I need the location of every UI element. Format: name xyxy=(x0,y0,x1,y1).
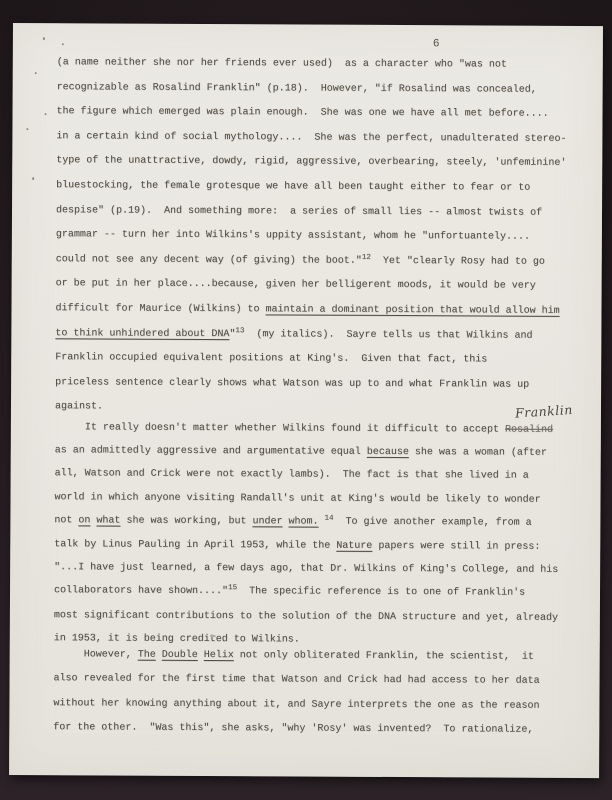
typed-line: as an admittedly aggressive and argument… xyxy=(55,439,583,465)
typed-line: recognizable as Rosalind Franklin" (p.18… xyxy=(57,76,585,103)
typed-line: most significant contributions to the so… xyxy=(54,604,582,630)
typed-line: without her knowing anything about it, a… xyxy=(53,692,581,719)
typed-line: It really doesn't matter whether Wilkins… xyxy=(55,416,583,442)
typed-line: collaborators have shown...."15 The spec… xyxy=(54,580,582,607)
paragraph-2: It really doesn't matter whether Wilkins… xyxy=(54,416,583,653)
typed-line: in a certain kind of social mythology...… xyxy=(56,125,584,152)
typed-line: difficult for Maurice (Wilkins) to maint… xyxy=(55,297,583,324)
paper-speck xyxy=(62,43,64,45)
paragraph-1: (a name neither she nor her friends ever… xyxy=(55,51,585,423)
typescript-page: 6 (a name neither she nor her friends ev… xyxy=(9,23,603,778)
typed-line: for the other. "Was this", she asks, "wh… xyxy=(53,716,581,743)
page-number: 6 xyxy=(433,38,440,50)
paper-smudge xyxy=(210,635,216,637)
typed-line: priceless sentence clearly shows what Wa… xyxy=(55,371,583,398)
typed-line: all, Watson and Crick were not exactly l… xyxy=(55,463,583,489)
typed-line: not on what she was working, but under w… xyxy=(54,509,582,536)
typed-line: to think unhindered about DNA"13 (my ita… xyxy=(55,322,583,349)
typed-line: could not see any decent way (of giving)… xyxy=(56,248,584,275)
typed-line: also revealed for the first time that Wa… xyxy=(53,668,581,695)
typed-line: grammar -- turn her into Wilkins's uppit… xyxy=(56,223,584,250)
typed-line: or be put in her place....because, given… xyxy=(56,273,584,300)
paper-speck xyxy=(32,177,34,180)
typed-line: (a name neither she nor her friends ever… xyxy=(57,51,585,78)
typed-line: However, The Double Helix not only oblit… xyxy=(54,643,582,670)
paper-speck xyxy=(43,37,45,40)
typed-line: the figure which emerged was plain enoug… xyxy=(56,100,584,127)
typed-line: type of the unattractive, dowdy, rigid, … xyxy=(56,150,584,177)
typed-line: Franklin occupied equivalent positions a… xyxy=(55,346,583,373)
typed-line: "...I have just learned, a few days ago,… xyxy=(54,556,582,582)
typed-line: talk by Linus Pauling in April 1953, whi… xyxy=(54,533,582,559)
paragraph-3: However, The Double Helix not only oblit… xyxy=(53,643,582,743)
typed-line: despise" (p.19). And something more: a s… xyxy=(56,199,584,226)
typed-line: world in which anyone visiting Randall's… xyxy=(54,486,582,512)
paper-speck xyxy=(26,128,28,130)
typed-line: bluestocking, the female grotesque we ha… xyxy=(56,174,584,201)
paper-speck xyxy=(45,113,47,115)
paper-speck xyxy=(35,72,37,74)
